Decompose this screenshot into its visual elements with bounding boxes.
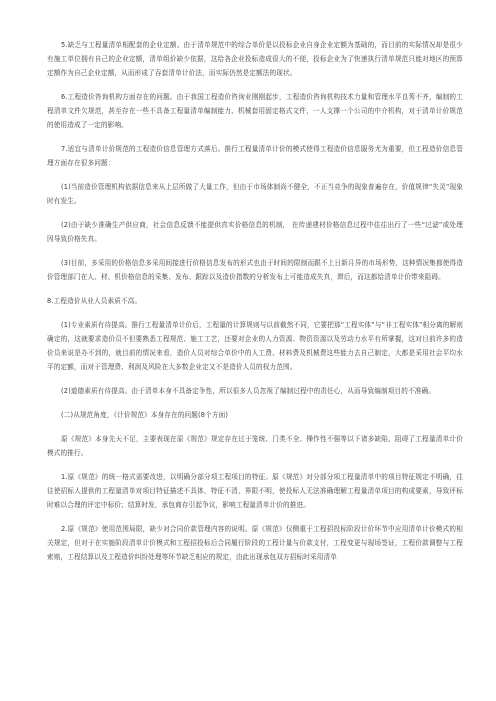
- paragraph-5-no-enterprise-quota: 5.缺乏与工程量清单相配套的企业定额。由于清单规范中的综合单价是以投标企业自身企…: [47, 38, 463, 80]
- document-page: 5.缺乏与工程量清单相配套的企业定额。由于清单规范中的综合单价是以投标企业自身企…: [47, 38, 463, 574]
- paragraph-6-consulting-agencies: 6.工程造价咨询机构方面存在的问题。由于我国工程造价咨询业刚刚起步，工程造价咨询…: [47, 90, 463, 132]
- paragraph-8-personnel-quality: 8.工程造价从业人员素质不高。: [47, 294, 463, 308]
- paragraph-7-2: (2)由于缺少准确生产供应商，社会信息反馈不能提供真实价格信息的机制， 在传递建…: [47, 218, 463, 246]
- section-2-item-1: 1.原《规范》的统一格式需要改进，以明确分部分项工程项目的特征。原《规范》对分部…: [47, 470, 463, 512]
- paragraph-7-3: (3)目前，多采用的价格信息多采用间接进行价格信息发布的形式也由于时间的限制而跟…: [47, 256, 463, 284]
- paragraph-7-info-management: 7.适宜与清单计价规范的工程造价信息管理方式落后。推行工程量清单计价的模式使得工…: [47, 142, 463, 170]
- paragraph-8-2: (2)道德素质有待提高。由于清单本身不具备定争性，所以很多人员忽视了编制过程中的…: [47, 384, 463, 398]
- paragraph-7-1: (1)当前造价管理机构依据信息来从上层所做了大量工作，但由于市场体制尚不健全，不…: [47, 180, 463, 208]
- section-heading-2: (二)从规范角度，《计价规范》本身存在的问题(8个方面): [47, 408, 463, 422]
- section-2-intro: 原《规范》本身先天不足，主要表现在原《规范》规定存在过于笼统、门类不全、操作性不…: [47, 432, 463, 460]
- section-2-item-2: 2.原《规范》使用范围局限，缺少对合同价款管理内容的说明。原《规范》仅侧重于工程…: [47, 522, 463, 564]
- paragraph-8-1: (1)专业素质有待提高。推行工程量清单计价后，工程量的计算规则与以前截然不同，它…: [47, 318, 463, 374]
